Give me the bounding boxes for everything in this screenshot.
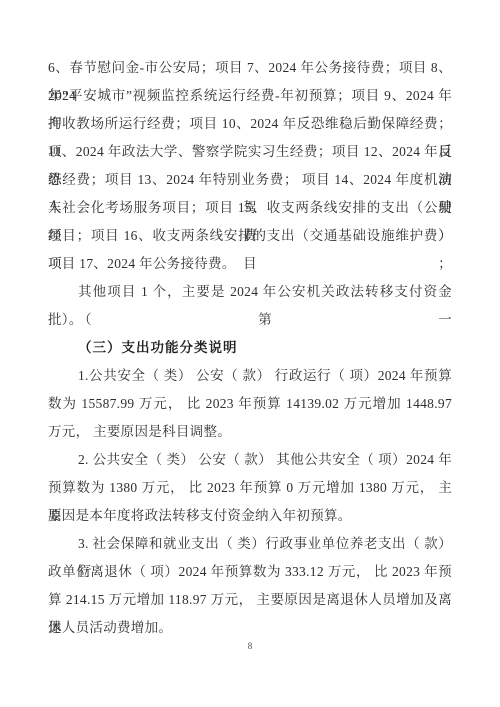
text-line: 人社会化考场服务项目；项目 15、收支两条线安排的支出（公用经费） [48,194,452,222]
text-line: 2. 公共安全（ 类） 公安（ 款） 其他公共安全（ 项）2024 年 [48,446,452,474]
text-line: 算 214.15 万元增加 118.97 万元， 主要原因是离退休人员增加及离退 [48,586,452,614]
text-line: 年“平安城市”视频监控系统运行经费-年初预算；项目 9、2024 年拘 [48,82,452,110]
text-line: 政单位离退休（ 项）2024 年预算数为 333.12 万元， 比 2023 年… [48,558,452,586]
page-number: 8 [0,641,500,651]
text-line: 11、2024 年政法大学、警察学院实习生经费；项目 12、2024 年反恐演 [48,138,452,166]
text-line: 其他项目 1 个，主要是 2024 年公安机关政法转移支付资金（第一 [48,278,452,306]
text-line: 万元， 主要原因是科目调整。 [48,418,452,446]
document-page: 6、春节慰问金-市公安局；项目 7、2024 年公务接待费；项目 8、2024年… [0,0,500,707]
text-line: 原因是本年度将政法转移支付资金纳入年初预算。 [48,502,452,530]
text-line: 项目；项目 16、收支两条线安排的支出（交通基础设施维护费）项目； [48,222,452,250]
text-line: 3. 社会保障和就业支出（ 类）行政事业单位养老支出（ 款）行 [48,530,452,558]
text-line: 6、春节慰问金-市公安局；项目 7、2024 年公务接待费；项目 8、2024 [48,54,452,82]
text-line: 押收教场所运行经费；项目 10、2024 年反恐维稳后勤保障经费；项目 [48,110,452,138]
document-body: 6、春节慰问金-市公安局；项目 7、2024 年公务接待费；项目 8、2024年… [48,54,452,642]
text-line: 1.公共安全（ 类） 公安（ 款） 行政运行（ 项）2024 年预算 [48,362,452,390]
text-line: 预算数为 1380 万元， 比 2023 年预算 0 万元增加 1380 万元，… [48,474,452,502]
text-line: 数为 15587.99 万元， 比 2023 年预算 14139.02 万元增加… [48,390,452,418]
text-line: 休人员活动费增加。 [48,614,452,642]
text-line: （三）支出功能分类说明 [48,334,452,362]
text-line: 练经费；项目 13、2024 年特别业务费； 项目 14、2024 年度机动车驾… [48,166,452,194]
